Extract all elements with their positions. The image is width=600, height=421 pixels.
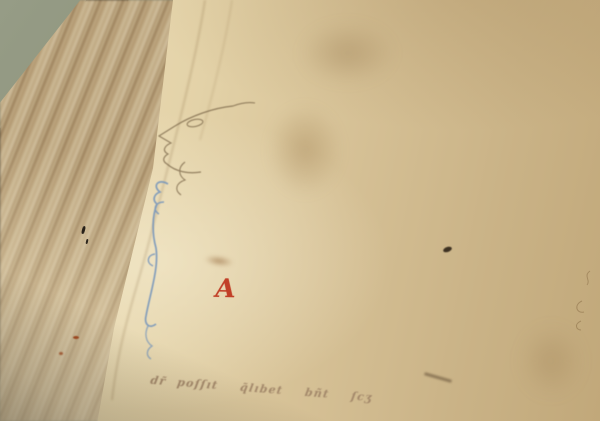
page-crease-line — [0, 0, 600, 421]
manuscript-photo: mõ ſuã uıdent & nõ oĩa que ıpſe poquı cũ… — [0, 0, 600, 421]
blue-flourish-icon — [122, 176, 196, 361]
margin-mark-squiggle — [560, 265, 598, 340]
profile-face-doodle-icon — [133, 96, 245, 188]
illuminated-initial: A — [213, 276, 248, 303]
